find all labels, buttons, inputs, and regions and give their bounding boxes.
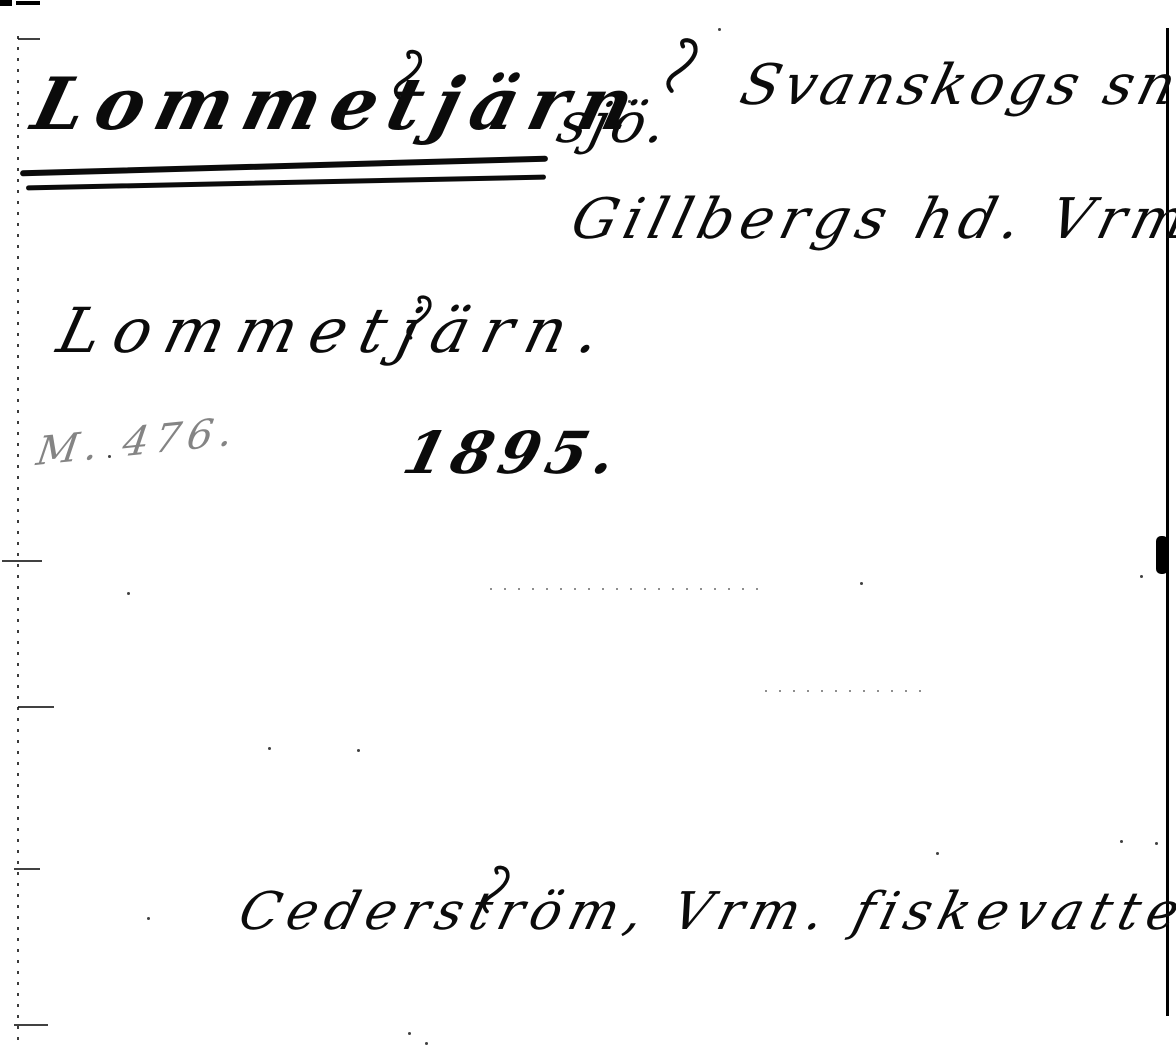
scan-tick <box>14 868 40 870</box>
ghost-line <box>765 690 925 692</box>
scan-dot <box>860 582 863 585</box>
scan-dot <box>268 747 271 750</box>
uncertainty-mark-icon <box>477 862 515 916</box>
corner-smudge <box>0 0 12 6</box>
left-card-edge-line <box>17 36 19 1046</box>
district-province-text: Gillbergs hd. Vrm. <box>566 192 1176 248</box>
right-card-edge-line <box>1166 28 1169 1016</box>
corner-smudge <box>16 1 40 5</box>
feature-type-text: sjö. <box>552 96 676 152</box>
source-text: Cederström, Vrm. fiskevatten. <box>234 886 1176 938</box>
uncertainty-mark-icon <box>400 292 438 342</box>
scan-dot <box>408 1032 411 1035</box>
scan-dot <box>1140 575 1143 578</box>
scan-dot <box>357 749 360 752</box>
scan-dot <box>147 917 150 920</box>
scan-dot <box>1155 842 1158 845</box>
parish-text: Svanskogs sn. <box>735 58 1176 114</box>
scan-dot <box>1120 840 1123 843</box>
archive-card: Lommetjärn sjö. Svanskogs sn. Gillbergs … <box>0 0 1176 1048</box>
ghost-line <box>490 588 760 590</box>
scan-dot <box>127 592 130 595</box>
scan-dot <box>425 1042 428 1045</box>
scan-tick <box>18 38 40 40</box>
right-edge-ink-blob <box>1156 536 1168 574</box>
scan-tick <box>14 1024 48 1026</box>
scan-tick <box>2 560 42 562</box>
name-repeated-text: Lommetjärn. <box>52 300 621 362</box>
year-text: 1895. <box>398 424 629 482</box>
headword-underline-2 <box>26 175 546 191</box>
headword-underline-1 <box>20 156 548 177</box>
scan-dot <box>936 852 939 855</box>
scan-tick <box>18 706 54 708</box>
reference-number-text: M. 476. <box>34 412 241 472</box>
uncertainty-mark-icon <box>660 34 704 96</box>
uncertainty-mark-icon <box>388 46 428 102</box>
scan-dot <box>718 28 721 31</box>
